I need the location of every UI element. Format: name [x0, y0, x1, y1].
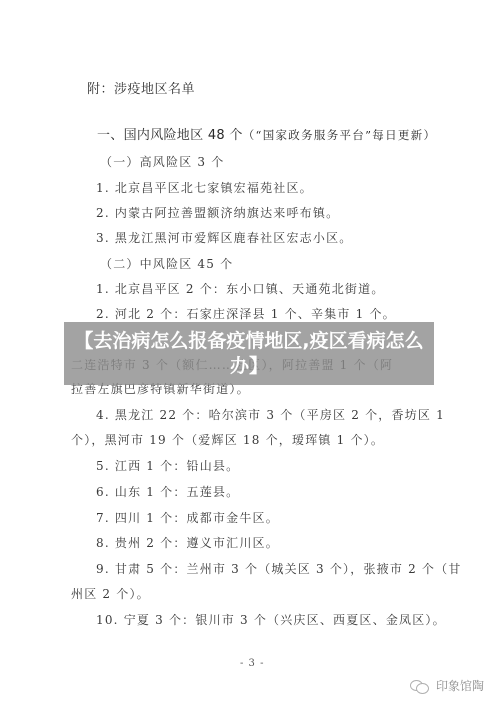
list-item: 个），黑河市 19 个（爱辉区 18 个，瑷珲镇 1 个）。	[71, 432, 384, 448]
list-item: 9. 甘肃 5 个：兰州市 3 个（城关区 3 个），张掖市 2 个（甘	[96, 561, 462, 577]
section-heading-text: 一、国内风险地区 48 个	[97, 128, 243, 143]
list-item: 8. 贵州 2 个：遵义市汇川区。	[96, 535, 279, 551]
overlay-title: 【去治病怎么报备疫情地区,疫区看病怎么办】	[64, 322, 434, 385]
section-heading-note: （“国家政务服务平台”每日更新）	[243, 128, 437, 142]
list-item: 1. 北京昌平区北七家镇宏福苑社区。	[96, 180, 313, 196]
medium-risk-heading: （二）中风险区 45 个	[100, 256, 233, 272]
section-heading: 一、国内风险地区 48 个（“国家政务服务平台”每日更新）	[97, 127, 436, 144]
list-item: 10. 宁夏 3 个：银川市 3 个（兴庆区、西夏区、金凤区）。	[96, 612, 446, 628]
high-risk-heading: （一）高风险区 3 个	[100, 154, 224, 170]
title-overlay-banner: 【去治病怎么报备疫情地区,疫区看病怎么办】	[64, 322, 434, 385]
list-item: 3. 黑龙江黑河市爱辉区鹿春社区宏志小区。	[96, 230, 352, 246]
document-title: 附：涉疫地区名单	[87, 82, 195, 98]
list-item: 1. 北京昌平区 2 个：东小口镇、天通苑北街道。	[96, 281, 385, 297]
page-number: - 3 -	[240, 658, 264, 669]
watermark: 印象馆陶	[410, 677, 484, 694]
list-item: 2. 河北 2 个：石家庄深泽县 1 个、辛集市 1 个。	[96, 306, 396, 322]
list-item: 州区 2 个）。	[71, 586, 150, 602]
list-item: 6. 山东 1 个：五莲县。	[96, 484, 239, 500]
watermark-label: 印象馆陶	[436, 677, 484, 694]
list-item: 5. 江西 1 个：铅山县。	[96, 458, 239, 474]
document-page: 附：涉疫地区名单 一、国内风险地区 48 个（“国家政务服务平台”每日更新） （…	[0, 0, 500, 707]
list-item: 2. 内蒙古阿拉善盟额济纳旗达来呼布镇。	[96, 205, 339, 221]
list-item: 7. 四川 1 个：成都市金牛区。	[96, 510, 279, 526]
wechat-icon	[410, 679, 430, 693]
list-item: 4. 黑龙江 22 个：哈尔滨市 3 个（平房区 2 个，香坊区 1	[96, 407, 445, 423]
